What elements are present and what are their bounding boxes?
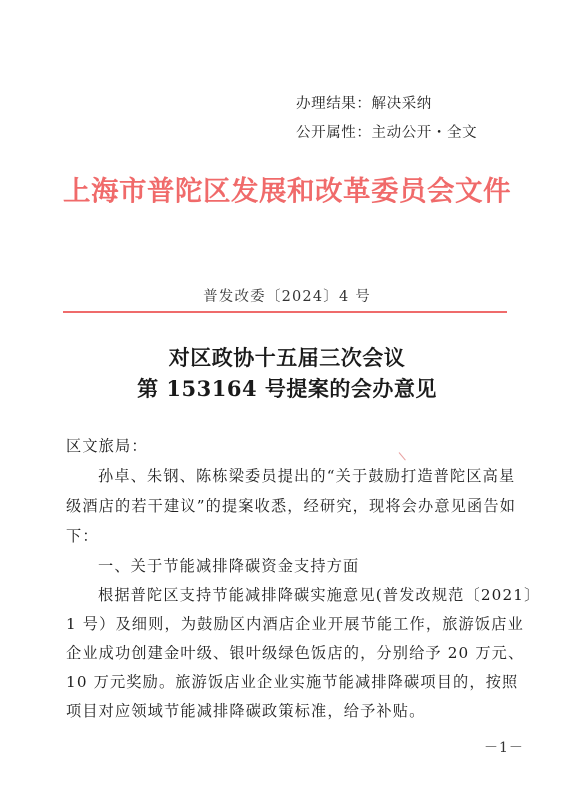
disclosure-attribute: 公开属性：主动公开・全文	[296, 121, 477, 142]
body-paragraph-line: 企业成功创建金叶级、银叶级绿色饭店的，分别给予 20 万元、	[66, 642, 524, 663]
document-page: 办理结果：解决采纳 公开属性：主动公开・全文 上海市普陀区发展和改革委员会文件 …	[0, 0, 574, 805]
page-number: －1－	[484, 737, 524, 757]
handling-result: 办理结果：解决采纳	[296, 92, 432, 113]
addressee: 区文旅局：	[66, 435, 148, 456]
red-divider-line	[63, 311, 507, 313]
body-paragraph-line: 10 万元奖励。旅游饭店业企业实施节能减排降碳项目的，按照	[66, 671, 518, 692]
pen-mark	[399, 452, 406, 460]
subject-title-line-2: 第 153164 号提案的会办意见	[0, 373, 574, 403]
body-paragraph-line: 级酒店的若干建议”的提案收悉，经研究，现将会办意见函告如	[66, 495, 516, 516]
subject-title-line-1: 对区政协十五届三次会议	[0, 342, 574, 372]
section-heading: 一、关于节能减排降碳资金支持方面	[98, 555, 359, 576]
body-paragraph-line: 项目对应领域节能减排降碳政策标准，给予补贴。	[66, 700, 425, 721]
body-paragraph-line: 下：	[66, 525, 99, 546]
body-paragraph-line: 孙卓、朱钢、陈栋梁委员提出的“关于鼓励打造普陀区高星	[98, 465, 515, 486]
document-number: 普发改委〔2024〕4 号	[0, 285, 574, 306]
issuer-title: 上海市普陀区发展和改革委员会文件	[0, 168, 574, 208]
body-paragraph-line: 根据普陀区支持节能减排降碳实施意见(普发改规范〔2021〕	[98, 584, 540, 605]
body-paragraph-line: 1 号）及细则，为鼓励区内酒店企业开展节能工作，旅游饭店业	[66, 613, 524, 634]
